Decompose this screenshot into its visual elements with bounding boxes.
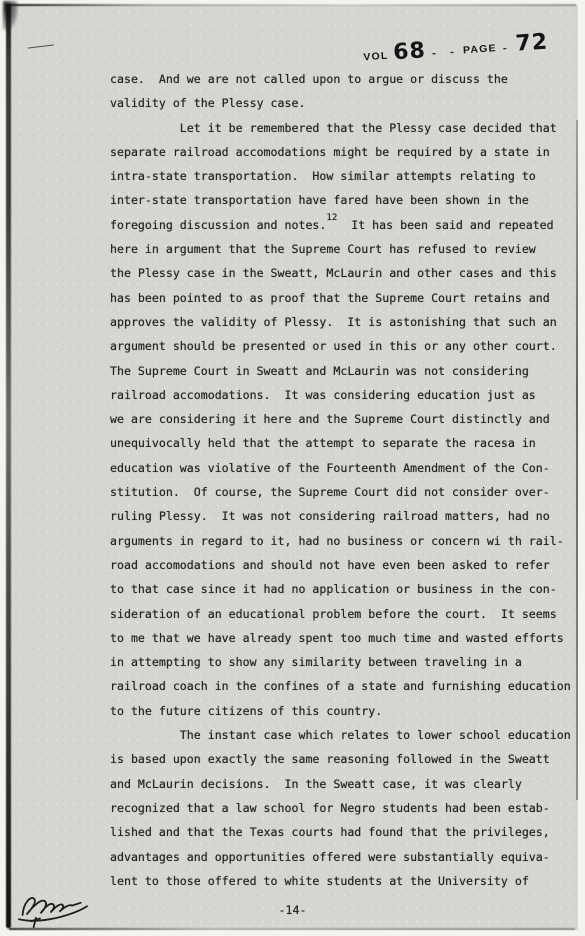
text-line: the Plessy case in the Sweatt, McLaurin …: [110, 261, 571, 285]
text-line: advantages and opportunities offered wer…: [110, 845, 571, 869]
text-line: stitution. Of course, the Supreme Court …: [110, 480, 571, 504]
scan-corner-smudge: [3, 1, 18, 31]
text-line: argument should be presented or used in …: [110, 334, 571, 358]
text-line: The instant case which relates to lower …: [110, 723, 571, 747]
text-line: approves the validity of Plessy. It is a…: [110, 310, 571, 334]
text-line: The Supreme Court in Sweatt and McLaurin…: [110, 359, 571, 383]
text-line: inter-state transportation have fared ha…: [110, 188, 571, 212]
text-line: ruling Plessy. It was not considering ra…: [110, 504, 571, 528]
text-line: to that case since it had no application…: [110, 577, 571, 601]
text-line: to the future citizens of this country.: [110, 699, 571, 723]
scan-edge-top: [6, 4, 576, 6]
scanned-document: { "document": { "stamp": { "vol_label": …: [0, 0, 585, 936]
text-line: to me that we have already spent too muc…: [110, 626, 571, 650]
text-line: validity of the Plessy case.: [110, 91, 571, 115]
vol-page-stamp: VOL 68 - - PAGE - 72: [362, 32, 548, 67]
typewritten-text: case. And we are not called upon to argu…: [110, 67, 571, 893]
text-line: arguments in regard to it, had no busine…: [110, 529, 571, 553]
text-line: here in argument that the Supreme Court …: [110, 237, 571, 261]
text-line: recognized that a law school for Negro s…: [110, 796, 571, 820]
stamp-vol-number: 68: [393, 40, 427, 64]
scan-edge-left: [6, 4, 11, 928]
signature-icon: [13, 882, 99, 933]
text-line: unequivocally held that the attempt to s…: [110, 431, 571, 455]
paper-page: VOL 68 - - PAGE - 72 case. And we are no…: [7, 5, 578, 930]
text-line: has been pointed to as proof that the Su…: [110, 286, 571, 310]
stamp-pre-dash: -: [501, 43, 511, 57]
text-line: railroad coach in the confines of a stat…: [110, 674, 571, 698]
text-line: railroad accomodations. It was consideri…: [110, 383, 571, 407]
text-line: separate railroad accomodations might be…: [110, 140, 571, 164]
text-line: case. And we are not called upon to argu…: [110, 67, 571, 91]
text-line: lent to those offered to white students …: [110, 869, 571, 893]
text-line: lished and that the Texas courts had fou…: [110, 820, 571, 844]
stamp-vol-label: VOL: [363, 50, 389, 66]
text-line: education was violative of the Fourteent…: [110, 456, 571, 480]
text-line: we are considering it here and the Supre…: [110, 407, 571, 431]
text-line: road accomodations and should not have e…: [110, 553, 571, 577]
text-line: Let it be remembered that the Plessy cas…: [110, 116, 571, 140]
text-line: sideration of an educational problem bef…: [110, 602, 571, 626]
stamp-mid-dashes: - -: [431, 47, 459, 62]
stamp-page-number: 72: [515, 32, 549, 56]
text-line: intra-state transportation. How similar …: [110, 164, 571, 188]
stamp-page-label: PAGE: [463, 43, 498, 60]
scan-edge-right: [576, 120, 578, 800]
text-line: in attempting to show any similarity bet…: [110, 650, 571, 674]
text-line: is based upon exactly the same reasoning…: [110, 747, 571, 771]
text-line: foregoing discussion and notes.12 It has…: [110, 213, 571, 237]
text-line: and McLaurin decisions. In the Sweatt ca…: [110, 772, 571, 796]
scan-edge-bottom: [9, 928, 575, 930]
